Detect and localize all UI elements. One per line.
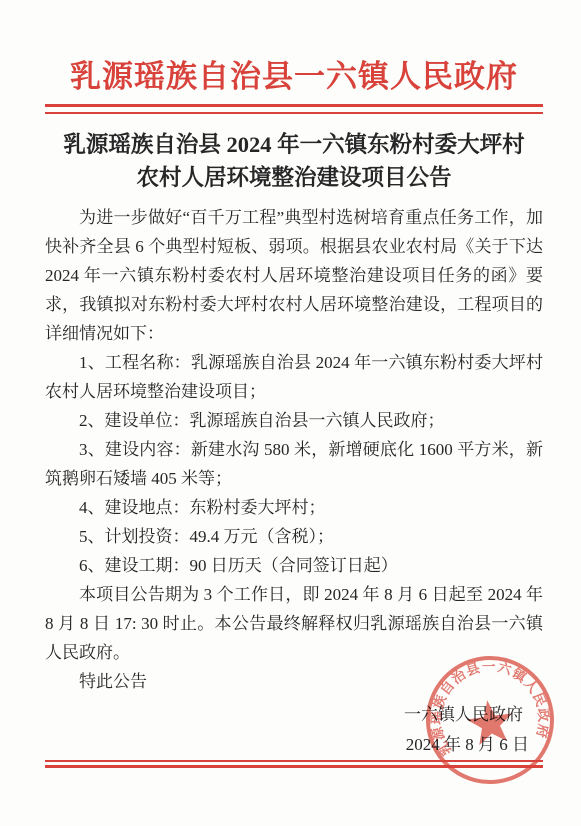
bottom-divider bbox=[45, 760, 543, 768]
project-item-location: 4、建设地点：东粉村委大坪村； bbox=[45, 493, 543, 522]
intro-paragraph: 为进一步做好“百千万工程”典型村选树培育重点任务工作，加快补齐全县 6 个典型村… bbox=[45, 203, 543, 348]
project-item-scope: 3、建设内容：新建水沟 580 米，新增硬底化 1600 平方米，新筑鹅卵石矮墙… bbox=[45, 435, 543, 493]
announcement-title: 乳源瑶族自治县 2024 年一六镇东粉村委大坪村 农村人居环境整治建设项目公告 bbox=[45, 128, 543, 194]
project-item-unit: 2、建设单位：乳源瑶族自治县一六镇人民政府； bbox=[45, 406, 543, 435]
official-seal: 乳源瑶族自治县一六镇人民政府 bbox=[411, 641, 569, 799]
project-item-investment: 5、计划投资：49.4 万元（含税）； bbox=[45, 522, 543, 551]
project-item-duration: 6、建设工期：90 日历天（合同签订日起） bbox=[45, 551, 543, 580]
announcement-body: 为进一步做好“百千万工程”典型村选树培育重点任务工作，加快补齐全县 6 个典型村… bbox=[45, 203, 543, 696]
title-line-2: 农村人居环境整治建设项目公告 bbox=[45, 161, 543, 194]
seal-star-icon bbox=[465, 697, 516, 746]
letterhead-divider bbox=[45, 104, 543, 114]
document-page: 乳源瑶族自治县一六镇人民政府 乳源瑶族自治县 2024 年一六镇东粉村委大坪村 … bbox=[0, 0, 581, 826]
letterhead-org-name: 乳源瑶族自治县一六镇人民政府 bbox=[45, 56, 543, 98]
title-line-1: 乳源瑶族自治县 2024 年一六镇东粉村委大坪村 bbox=[45, 128, 543, 161]
project-item-name: 1、工程名称：乳源瑶族自治县 2024 年一六镇东粉村委大坪村农村人居环境整治建… bbox=[45, 348, 543, 406]
